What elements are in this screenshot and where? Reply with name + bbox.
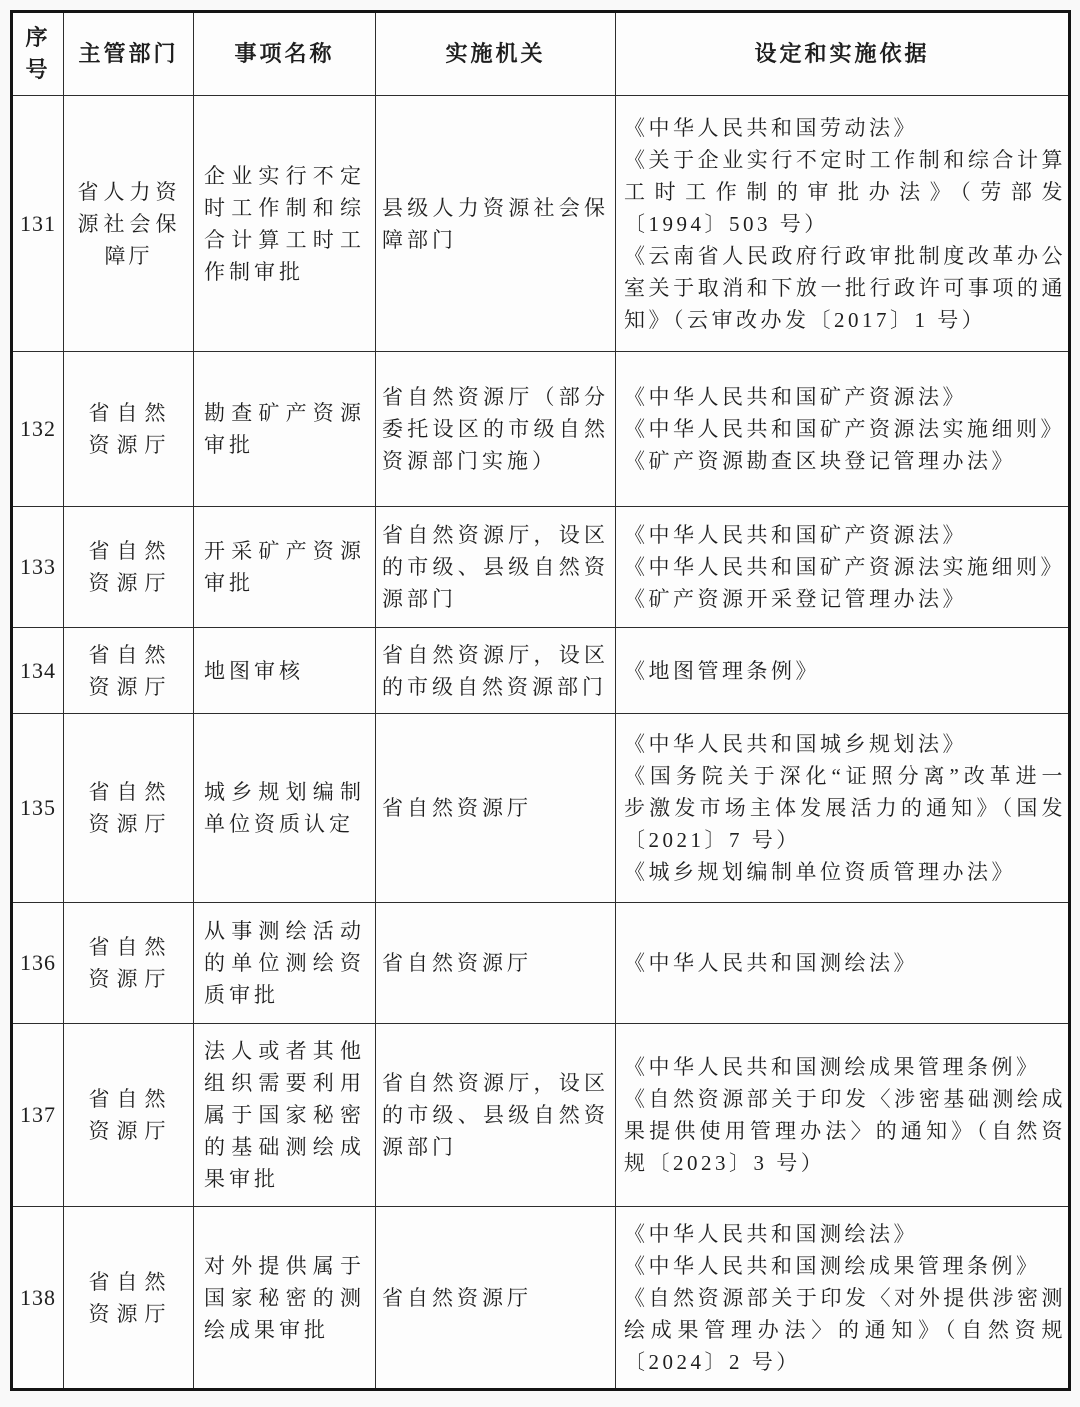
basis-line: 《中华人民共和国劳动法》 [624, 112, 1066, 144]
approval-items-table: 序号 主管部门 事项名称 实施机关 设定和实施依据 131 省人力资源社会保障厅… [10, 10, 1071, 1391]
agency-name: 省自然资源厅（部分委托设区的市级自然资源部门实施） [376, 352, 616, 507]
dept-cell: 省自然资源厅 [64, 628, 194, 714]
basis-line: 《自然资源部关于印发〈对外提供涉密测绘成果管理办法〉的通知》（自然资规〔2024… [624, 1282, 1066, 1378]
header-item: 事项名称 [194, 12, 376, 96]
dept-cell: 省自然资源厅 [64, 903, 194, 1024]
header-no: 序号 [12, 12, 64, 96]
basis-cell: 《中华人民共和国矿产资源法》 《中华人民共和国矿产资源法实施细则》 《矿产资源开… [616, 507, 1070, 628]
basis-cell: 《中华人民共和国劳动法》 《关于企业实行不定时工作制和综合计算工时工作制的审批办… [616, 96, 1070, 352]
dept-name: 省自然资源厅 [89, 931, 169, 995]
agency-name: 省自然资源厅，设区的市级、县级自然资源部门 [376, 1024, 616, 1207]
table-row: 131 省人力资源社会保障厅 企业实行不定时工作制和综合计算工时工作制审批 县级… [12, 96, 1070, 352]
row-number: 134 [12, 628, 64, 714]
basis-line: 《自然资源部关于印发〈涉密基础测绘成果提供使用管理办法〉的通知》（自然资规〔20… [624, 1083, 1066, 1179]
basis-cell: 《中华人民共和国矿产资源法》 《中华人民共和国矿产资源法实施细则》 《矿产资源勘… [616, 352, 1070, 507]
row-number: 131 [12, 96, 64, 352]
item-name: 对外提供属于国家秘密的测绘成果审批 [194, 1207, 376, 1390]
item-name: 城乡规划编制单位资质认定 [194, 714, 376, 903]
basis-cell: 《中华人民共和国测绘成果管理条例》 《自然资源部关于印发〈涉密基础测绘成果提供使… [616, 1024, 1070, 1207]
basis-cell: 《中华人民共和国测绘法》 《中华人民共和国测绘成果管理条例》 《自然资源部关于印… [616, 1207, 1070, 1390]
table-header-row: 序号 主管部门 事项名称 实施机关 设定和实施依据 [12, 12, 1070, 96]
basis-line: 《中华人民共和国矿产资源法实施细则》 [624, 413, 1066, 445]
agency-name: 省自然资源厅 [376, 1207, 616, 1390]
row-number: 136 [12, 903, 64, 1024]
agency-name: 省自然资源厅，设区的市级、县级自然资源部门 [376, 507, 616, 628]
basis-line: 《中华人民共和国测绘法》 [624, 947, 1066, 979]
dept-cell: 省自然资源厅 [64, 714, 194, 903]
row-number: 135 [12, 714, 64, 903]
row-number: 137 [12, 1024, 64, 1207]
table-row: 136 省自然资源厅 从事测绘活动的单位测绘资质审批 省自然资源厅 《中华人民共… [12, 903, 1070, 1024]
table-row: 134 省自然资源厅 地图审核 省自然资源厅，设区的市级自然资源部门 《地图管理… [12, 628, 1070, 714]
basis-line: 《中华人民共和国测绘成果管理条例》 [624, 1250, 1066, 1282]
dept-cell: 省自然资源厅 [64, 1024, 194, 1207]
basis-line: 《国务院关于深化“证照分离”改革进一步激发市场主体发展活力的通知》（国发〔202… [624, 760, 1066, 856]
dept-name: 省自然资源厅 [89, 1266, 169, 1330]
header-dept: 主管部门 [64, 12, 194, 96]
basis-cell: 《中华人民共和国测绘法》 [616, 903, 1070, 1024]
agency-name: 省自然资源厅 [376, 714, 616, 903]
basis-line: 《关于企业实行不定时工作制和综合计算工时工作制的审批办法》（劳部发〔1994〕5… [624, 144, 1066, 240]
row-number: 138 [12, 1207, 64, 1390]
item-name: 勘查矿产资源审批 [194, 352, 376, 507]
dept-name: 省人力资源社会保障厅 [78, 176, 180, 272]
dept-cell: 省自然资源厅 [64, 507, 194, 628]
basis-line: 《中华人民共和国测绘法》 [624, 1218, 1066, 1250]
dept-cell: 省自然资源厅 [64, 352, 194, 507]
table-row: 137 省自然资源厅 法人或者其他组织需要利用属于国家秘密的基础测绘成果审批 省… [12, 1024, 1070, 1207]
item-name: 从事测绘活动的单位测绘资质审批 [194, 903, 376, 1024]
basis-line: 《云南省人民政府行政审批制度改革办公室关于取消和下放一批行政许可事项的通知》（云… [624, 240, 1066, 336]
header-basis: 设定和实施依据 [616, 12, 1070, 96]
table-row: 133 省自然资源厅 开采矿产资源审批 省自然资源厅，设区的市级、县级自然资源部… [12, 507, 1070, 628]
dept-cell: 省自然资源厅 [64, 1207, 194, 1390]
dept-name: 省自然资源厅 [89, 776, 169, 840]
agency-name: 县级人力资源社会保障部门 [376, 96, 616, 352]
basis-line: 《矿产资源开采登记管理办法》 [624, 583, 1066, 615]
dept-name: 省自然资源厅 [89, 639, 169, 703]
row-number: 133 [12, 507, 64, 628]
basis-line: 《中华人民共和国矿产资源法实施细则》 [624, 551, 1066, 583]
basis-line: 《矿产资源勘查区块登记管理办法》 [624, 445, 1066, 477]
item-name: 地图审核 [194, 628, 376, 714]
basis-line: 《中华人民共和国测绘成果管理条例》 [624, 1051, 1066, 1083]
table-row: 138 省自然资源厅 对外提供属于国家秘密的测绘成果审批 省自然资源厅 《中华人… [12, 1207, 1070, 1390]
basis-line: 《中华人民共和国城乡规划法》 [624, 728, 1066, 760]
basis-cell: 《中华人民共和国城乡规划法》 《国务院关于深化“证照分离”改革进一步激发市场主体… [616, 714, 1070, 903]
agency-name: 省自然资源厅，设区的市级自然资源部门 [376, 628, 616, 714]
dept-name: 省自然资源厅 [89, 535, 169, 599]
item-name: 开采矿产资源审批 [194, 507, 376, 628]
dept-cell: 省人力资源社会保障厅 [64, 96, 194, 352]
table-row: 132 省自然资源厅 勘查矿产资源审批 省自然资源厅（部分委托设区的市级自然资源… [12, 352, 1070, 507]
row-number: 132 [12, 352, 64, 507]
basis-line: 《中华人民共和国矿产资源法》 [624, 381, 1066, 413]
item-name: 法人或者其他组织需要利用属于国家秘密的基础测绘成果审批 [194, 1024, 376, 1207]
basis-line: 《城乡规划编制单位资质管理办法》 [624, 856, 1066, 888]
header-agency: 实施机关 [376, 12, 616, 96]
basis-line: 《地图管理条例》 [624, 655, 1066, 687]
basis-cell: 《地图管理条例》 [616, 628, 1070, 714]
agency-name: 省自然资源厅 [376, 903, 616, 1024]
item-name: 企业实行不定时工作制和综合计算工时工作制审批 [194, 96, 376, 352]
dept-name: 省自然资源厅 [89, 397, 169, 461]
dept-name: 省自然资源厅 [89, 1083, 169, 1147]
basis-line: 《中华人民共和国矿产资源法》 [624, 519, 1066, 551]
table-row: 135 省自然资源厅 城乡规划编制单位资质认定 省自然资源厅 《中华人民共和国城… [12, 714, 1070, 903]
